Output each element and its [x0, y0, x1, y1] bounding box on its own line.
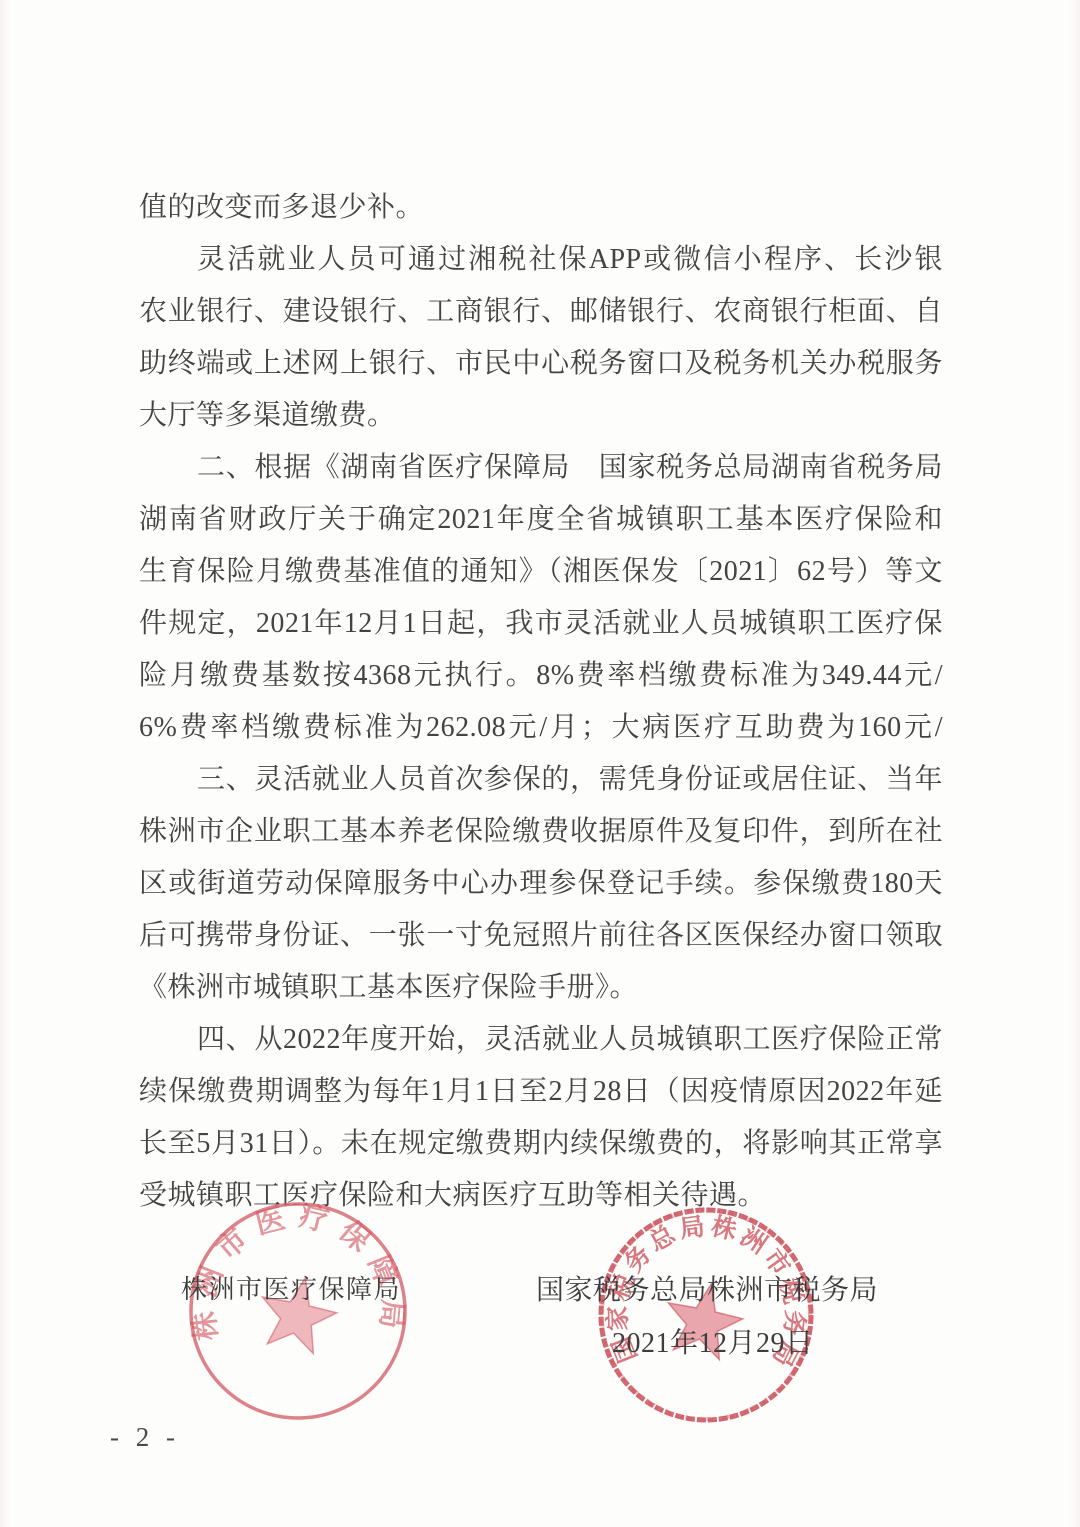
signature-right-agency: 国家税务总局株洲市税务局	[536, 1268, 878, 1308]
document-line: 三、灵活就业人员首次参保的，需凭身份证或居住证、当年	[139, 754, 943, 806]
scan-edge-artifact-right	[1070, 0, 1080, 1527]
signature-left-agency: 株洲市医疗保障局	[181, 1269, 401, 1306]
tax-bureau-seal-icon: 国家税务总局株洲市税务局	[586, 1195, 826, 1435]
document-line: 四、从2022年度开始，灵活就业人员城镇职工医疗保险正常	[139, 1014, 943, 1066]
signature-date: 2021年12月29日	[612, 1321, 814, 1361]
document-line: 后可携带身份证、一张一寸免冠照片前往各区医保经办窗口领取	[139, 910, 943, 962]
document-line: 助终端或上述网上银行、市民中心税务窗口及税务机关办税服务	[139, 338, 943, 390]
document-line: 农业银行、建设银行、工商银行、邮储银行、农商银行柜面、自	[139, 286, 943, 338]
document-page: 值的改变而多退少补。灵活就业人员可通过湘税社保APP或微信小程序、长沙银行、农业…	[0, 0, 1080, 1527]
document-line: 湖南省财政厅关于确定2021年度全省城镇职工基本医疗保险和	[139, 494, 943, 546]
page-number: - 2 -	[110, 1422, 180, 1453]
document-line: 区或街道劳动保障服务中心办理参保登记手续。参保缴费180天	[139, 858, 943, 910]
document-line: 生育保险月缴费基准值的通知》（湘医保发〔2021〕62号）等文	[139, 546, 943, 598]
document-body: 值的改变而多退少补。灵活就业人员可通过湘税社保APP或微信小程序、长沙银行、农业…	[139, 182, 943, 1222]
document-line: 二、根据《湖南省医疗保障局 国家税务总局湖南省税务局	[139, 442, 943, 494]
medical-insurance-bureau-seal-icon: 株洲市医疗保障局	[178, 1191, 418, 1431]
document-line: 值的改变而多退少补。	[139, 182, 943, 234]
document-line: 续保缴费期调整为每年1月1日至2月28日（因疫情原因2022年延	[139, 1066, 943, 1118]
document-line: 险月缴费基数按4368元执行。8%费率档缴费标准为349.44元/月；	[139, 650, 943, 702]
document-line: 株洲市企业职工基本养老保险缴费收据原件及复印件，到所在社	[139, 806, 943, 858]
document-line: 件规定，2021年12月1日起，我市灵活就业人员城镇职工医疗保	[139, 598, 943, 650]
document-line: 6%费率档缴费标准为262.08元/月；大病医疗互助费为160元/年。	[139, 702, 943, 754]
document-line: 大厅等多渠道缴费。	[139, 390, 943, 442]
document-line: 长至5月31日）。未在规定缴费期内续保缴费的，将影响其正常享	[139, 1118, 943, 1170]
document-line: 《株洲市城镇职工基本医疗保险手册》。	[139, 962, 943, 1014]
document-line: 灵活就业人员可通过湘税社保APP或微信小程序、长沙银行、	[139, 234, 943, 286]
scan-edge-artifact-left	[0, 0, 10, 1527]
